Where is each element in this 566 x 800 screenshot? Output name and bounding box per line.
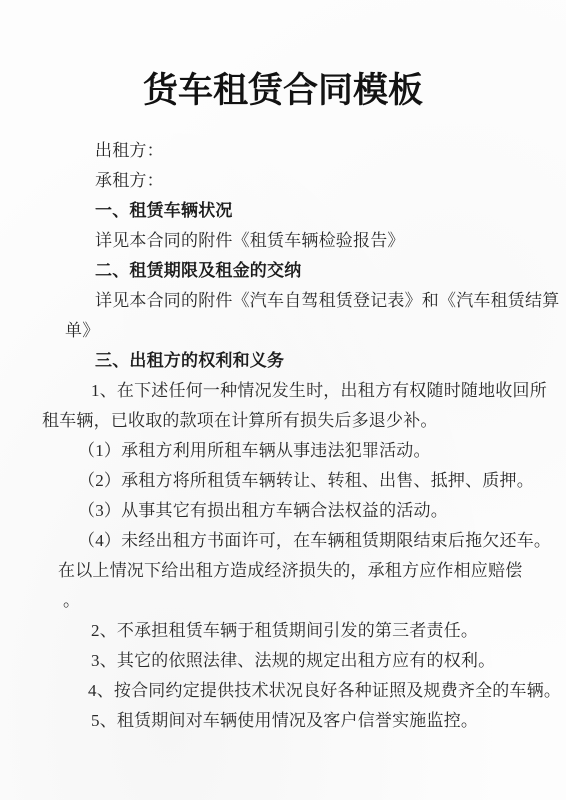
text-line: 出租方： [95, 136, 566, 166]
contract-document-page: 货车租赁合同模板 出租方：承租方：一、租赁车辆状况详见本合同的附件《租赁车辆检验… [0, 0, 566, 800]
text-line: 2、不承担租赁车辆于租赁期间引发的第三者责任。 [91, 616, 566, 646]
text-line: （2）承租方将所租赁车辆转让、转租、出售、抵押、质押。 [78, 466, 566, 496]
text-line: 5、租赁期间对车辆使用情况及客户信誉实施监控。 [91, 706, 566, 736]
text-line: 3、其它的依照法律、法规的规定出租方应有的权利。 [91, 646, 566, 676]
section-heading-line: 三、出租方的权利和义务 [95, 346, 566, 376]
text-line: 详见本合同的附件《汽车自驾租赁登记表》和《汽车租赁结算 [95, 286, 566, 316]
text-line: 单》 [65, 316, 566, 346]
document-title: 货车租赁合同模板 [0, 68, 566, 114]
text-line: 。 [63, 586, 566, 616]
text-line: 4、按合同约定提供技术状况良好各种证照及规费齐全的车辆。 [88, 676, 566, 706]
text-line: 租车辆，已收取的款项在计算所有损失后多退少补。 [42, 406, 566, 436]
section-heading-line: 一、租赁车辆状况 [95, 196, 566, 226]
document-body: 出租方：承租方：一、租赁车辆状况详见本合同的附件《租赁车辆检验报告》二、租赁期限… [0, 136, 566, 736]
text-line: 详见本合同的附件《租赁车辆检验报告》 [95, 226, 566, 256]
text-line: （1）承租方利用所租车辆从事违法犯罪活动。 [78, 436, 566, 466]
text-line: 承租方： [95, 166, 566, 196]
text-line: 1、在下述任何一种情况发生时，出租方有权随时随地收回所 [91, 376, 566, 406]
text-line: 在以上情况下给出租方造成经济损失的，承租方应作相应赔偿 [58, 556, 566, 586]
text-line: （3）从事其它有损出租方车辆合法权益的活动。 [78, 496, 566, 526]
section-heading-line: 二、租赁期限及租金的交纳 [95, 256, 566, 286]
text-line: （4）未经出租方书面许可，在车辆租赁期限结束后拖欠还车。 [78, 526, 566, 556]
